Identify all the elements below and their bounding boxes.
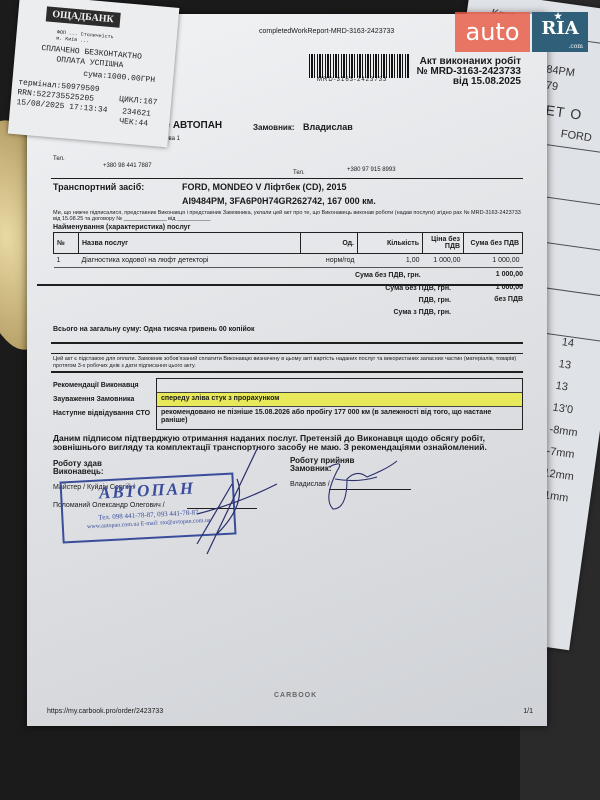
handed-over-label: Роботу здав Виконавець: [53, 460, 133, 476]
payment-receipt: ОЩАДБАНК ФОП ... Столичність м. Київ ...… [8, 0, 180, 147]
contractor-tel: +380 98 441 7887 [103, 163, 152, 169]
act-date: від 15.08.2025 [453, 76, 521, 87]
vehicle-details: AI9484PM, 3FA6P0H74GR262742, 167 000 км. [182, 196, 376, 206]
customer-label: Замовник: [253, 123, 295, 132]
recommendations-label: Рекомендації Виконавця [53, 382, 139, 389]
total-value-1: 1 000,00 [496, 284, 523, 291]
sheet-value: -7mm [546, 445, 576, 461]
stamp-logo: АВТОПАН [62, 477, 233, 506]
receipt-cycle: ЦИКЛ:167 [119, 95, 158, 107]
services-table: № Назва послуг Од. Кількість Ціна без ПД… [53, 232, 523, 268]
total-value-2: без ПДВ [494, 296, 523, 303]
total-label-3: Сума з ПДВ, грн. [393, 309, 451, 316]
row-price: 1 000,00 [423, 254, 464, 268]
customer-remarks-label: Зауваження Замовника [53, 396, 134, 403]
total-label-2: ПДВ, грн. [419, 297, 451, 304]
row-number: 1 [54, 254, 79, 268]
intro-text: Ми, що нижче підписалися, представник Ви… [53, 210, 523, 222]
col-price: Ціна без ПДВ [423, 233, 464, 254]
confirmation-text: Даним підписом підтверджую отримання над… [53, 434, 533, 452]
customer-tel: +380 97 915 8993 [347, 167, 396, 173]
col-quantity: Кількість [358, 233, 423, 254]
barcode [309, 54, 409, 78]
notes-box: спереду зліва стук з прорахунком рекомен… [156, 378, 523, 430]
next-visit-label: Наступне відвідування СТО [53, 410, 150, 417]
page-number: 1/1 [523, 708, 533, 715]
row-service: Діагностика ходової на люфт детекторі [79, 254, 301, 268]
accepted-name: Владислав / [290, 481, 330, 488]
table-header-row: № Назва послуг Од. Кількість Ціна без ПД… [54, 233, 523, 254]
sheet-value: 13 [555, 380, 569, 394]
receipt-amount: сума:1000.00ГРН [83, 70, 156, 85]
table-row: 1 Діагностика ходової на люфт детекторі … [54, 254, 523, 268]
accepted-label: Роботу прийняв Замовник: [290, 457, 380, 473]
sheet-value: 14 [561, 336, 575, 350]
next-visit-value: рекомендовано не пізніше 15.08.2026 або … [157, 407, 522, 429]
subtotal-label: Сума без ПДВ, грн. [355, 272, 421, 279]
footer-url[interactable]: https://my.carbook.pro/order/2423733 [47, 708, 163, 715]
company-stamp: АВТОПАН Тел. 098 441-78-87, 093 441-78-8… [59, 472, 236, 543]
col-unit: Од. [301, 233, 358, 254]
star-icon: ★ [554, 13, 562, 22]
row-sum: 1 000,00 [464, 254, 523, 268]
autoria-watermark-ria: ★ RIA .com [532, 12, 588, 52]
vehicle-model: FORD, MONDEO V Ліфтбек (CD), 2015 [182, 182, 347, 192]
col-sum: Сума без ПДВ [464, 233, 523, 254]
recommendations-value [157, 379, 522, 393]
file-name: completedWorkReport-MRD-3163-2423733 [259, 28, 394, 35]
vehicle-label: Транспортний засіб: [53, 182, 144, 192]
sheet-value: 13 [558, 358, 572, 372]
col-number: № [54, 233, 79, 254]
ria-com-text: .com [568, 44, 583, 50]
total-label-1: Сума без ПДВ, грн. [385, 285, 451, 292]
customer-remarks-value: спереду зліва стук з прорахунком [157, 393, 522, 407]
carbook-logo: CARBOOK [274, 692, 317, 699]
row-unit: норм/год [301, 254, 358, 268]
customer-tel-label: Тел. [293, 170, 305, 176]
row-quantity: 1,00 [358, 254, 423, 268]
sheet-value: 12mm [543, 467, 575, 483]
barcode-text: MRD-3163-2423733 [317, 77, 387, 83]
payment-note: Цей акт є підставою для оплати. Замовник… [53, 356, 519, 369]
sheet-value: -8mm [549, 423, 579, 439]
autoria-watermark-auto: auto [455, 12, 530, 52]
bank-logo: ОЩАДБАНК [46, 6, 121, 27]
customer-name: Владислав [303, 122, 353, 132]
services-heading: Найменування (характеристика) послуг [53, 224, 191, 231]
sheet-brand: FORD [560, 128, 593, 144]
total-in-words: Всього на загальну суму: Одна тисяча гри… [53, 326, 255, 333]
sheet-value: 13'0 [552, 402, 574, 417]
receipt-check: ЧЕК:44 [119, 117, 148, 128]
subtotal-value: 1 000,00 [496, 271, 523, 278]
col-service-name: Назва послуг [79, 233, 301, 254]
contractor-tel-label: Тел. [53, 156, 65, 162]
